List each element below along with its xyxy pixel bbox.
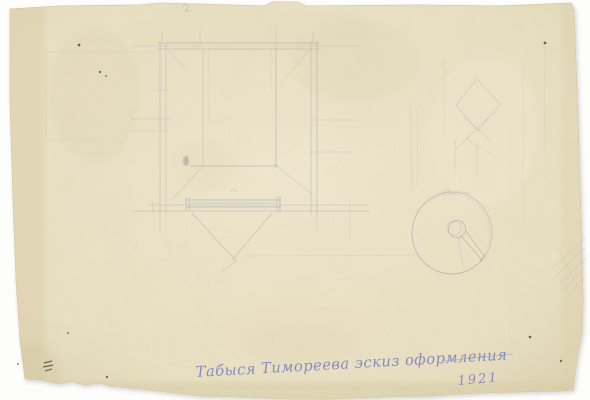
scanned-drawing: Табыся Тимореева эскиз оформления 1921 <box>0 0 590 400</box>
paper-sheet <box>0 0 590 400</box>
paper-texture <box>0 0 590 400</box>
scan-canvas: Табыся Тимореева эскиз оформления 1921 <box>0 0 590 400</box>
